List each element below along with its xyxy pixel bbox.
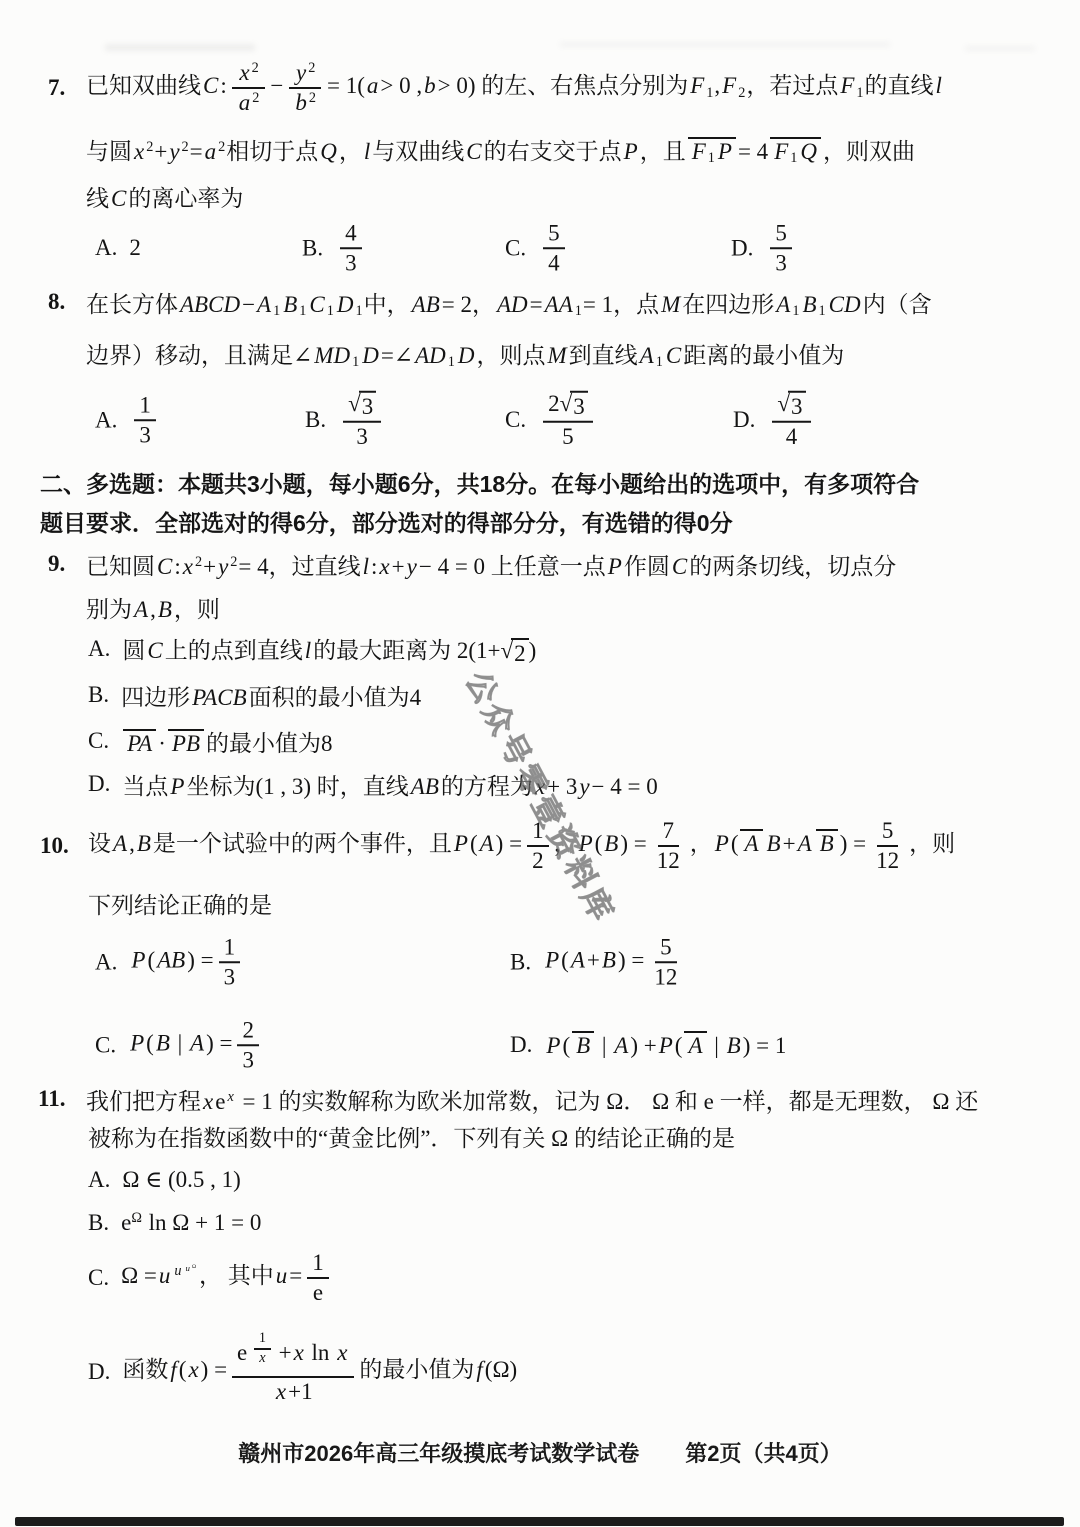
question-11-option-d: D. 函数f(x) =e1x+x ln xx+1的最小值为f(Ω) [0,1312,1080,1432]
option-label: A. [95,407,117,433]
question-10-line-2: 下列结论正确的是 [0,888,1080,918]
option-value: P(B | A) =23 [128,1017,264,1073]
question-7-option-c: C. 54 [505,220,570,276]
question-7-number: 7. [48,75,86,101]
option-value: 2√35 [538,391,598,450]
option-label: A. [95,235,117,261]
question-10-option-c: C. P(B | A) =23 [95,1017,264,1073]
question-7-line-3: 线C的离心率为 [0,172,1080,220]
option-label: C. [505,235,526,261]
page-footer: 赣州市2026年高三年级摸底考试数学试卷 第2页（共4页） [0,1432,1080,1472]
question-8-number: 8. [48,289,86,315]
option-label: B. [305,407,326,433]
option-label: B. [510,949,531,975]
question-10-options-row-2: C. P(B | A) =23 D. P(B | A) +P(A | B) = … [0,1006,1080,1084]
option-value: 函数f(x) =e1x+x ln xx+1的最小值为f(Ω) [122,1339,517,1405]
question-7-option-b: B. 43 [302,220,367,276]
option-label: D. [88,771,110,797]
question-9-text-1: 已知圆C:x2+y2= 4，过直线l:x+y− 4 = 0 上任意一点P作圆C的… [86,548,896,581]
question-8-option-a: A. 13 [95,392,161,448]
question-9-number: 9. [48,551,86,577]
option-value: 43 [335,220,367,276]
exam-page: 公众号零壹资料库 7. 已知双曲线C:x2a2−y2b2= 1(a> 0 ,b>… [0,0,1080,1527]
option-value: √34 [767,391,815,450]
question-11-text-1: 我们把方程xex = 1 的实数解称为欧米加常数，记为 Ω． Ω 和 e 一样，… [86,1083,978,1116]
scan-edge-bar [15,1517,1064,1526]
option-value: Ω ∈ (0.5 , 1) [122,1167,240,1193]
option-value: Ω =uuuΩ， 其中u=1e [121,1250,334,1306]
question-11-number: 11. [38,1086,86,1112]
option-value: 13 [129,392,161,448]
section-2-header-line-1: 二、多选题：本题共3小题，每小题6分，共18分。在每小题给出的选项中，有多项符合 [0,462,1080,502]
question-9-option-c: C. PA·PB的最小值为8 [0,718,1080,764]
option-label: C. [88,1265,109,1291]
option-value: P(B | A) +P(A | B) = 1 [544,1031,786,1059]
option-value: P(AB) =13 [129,934,245,990]
question-8-line-2: 边界）移动，且满足∠MD1D=∠AD1D，则点M到直线A1C距离的最小值为 [0,328,1080,378]
question-10-option-d: D. P(B | A) +P(A | B) = 1 [510,1031,786,1059]
option-value: 53 [765,220,797,276]
scan-artifact [965,46,1035,51]
option-label: D. [510,1032,532,1058]
question-7-option-d: D. 53 [731,220,797,276]
question-11-text-2: 被称为在指数函数中的“黄金比例”．下列有关 Ω 的结论正确的是 [88,1120,735,1153]
question-7-options: A. 2 B. 43 C. 54 D. 53 [0,220,1080,276]
question-10-option-a: A. P(AB) =13 [95,934,245,990]
question-9-text-2: 别为A,B，则 [86,591,220,624]
question-10-line-1: 10. 设A,B是一个试验中的两个事件，且P(A) =12，P(B) =712，… [0,804,1080,888]
question-9-line-2: 别为A,B，则 [0,588,1080,626]
question-11-option-b: B. eΩ ln Ω + 1 = 0 [0,1202,1080,1244]
question-11-line-2: 被称为在指数函数中的“黄金比例”．下列有关 Ω 的结论正确的是 [0,1114,1080,1158]
question-8-option-d: D. √34 [733,391,816,450]
question-11-option-a: A. Ω ∈ (0.5 , 1) [0,1158,1080,1202]
option-value: 圆C上的点到直线l的最大距离为 2(1+√2) [122,632,536,667]
question-7-option-a: A. 2 [95,235,141,261]
option-label: C. [505,407,526,433]
question-8-option-b: B. √33 [305,391,386,450]
question-8-text-1: 在长方体ABCD−A1B1C1D1中，AB= 2，AD=AA1= 1，点M在四边… [86,286,932,319]
option-label: C. [95,1032,116,1058]
option-value: PA·PB的最小值为8 [121,725,332,758]
option-label: D. [731,235,753,261]
footer-exam-title: 赣州市2026年高三年级摸底考试数学试卷 [238,1437,639,1468]
question-7-text-2: 与圆x2+y2=a2相切于点Q，l与双曲线C的右支交于点P，且F1P= 4F1Q… [86,133,915,166]
question-10-number: 10. [40,833,88,859]
question-10-text-2: 下列结论正确的是 [88,887,272,920]
option-value: 2 [129,235,141,261]
option-label: B. [88,1210,109,1236]
option-label: C. [88,728,109,754]
section-2-rules: 题目要求．全部选对的得6分，部分选对的得部分分，有选错的得0分 [40,505,733,538]
question-10-options-row-1: A. P(AB) =13 B. P(A+B) =512 [0,918,1080,1006]
question-7-text-3: 线C的离心率为 [86,180,243,213]
option-label: A. [88,636,110,662]
footer-page-number: 第2页（共4页） [685,1437,841,1468]
option-label: D. [733,407,755,433]
question-7-text-1: 已知双曲线C:x2a2−y2b2= 1(a> 0 ,b> 0) 的左、右焦点分别… [86,60,944,116]
option-value: √33 [338,391,386,450]
option-label: D. [88,1359,110,1385]
question-11-line-1: 11. 我们把方程xex = 1 的实数解称为欧米加常数，记为 Ω． Ω 和 e… [0,1084,1080,1114]
option-value: 54 [538,220,570,276]
question-8-text-2: 边界）移动，且满足∠MD1D=∠AD1D，则点M到直线A1C距离的最小值为 [86,337,844,370]
option-label: A. [95,949,117,975]
question-7-line-1: 7. 已知双曲线C:x2a2−y2b2= 1(a> 0 ,b> 0) 的左、右焦… [0,50,1080,126]
question-8-option-c: C. 2√35 [505,391,598,450]
question-9-option-d: D. 当点P坐标为(1 , 3) 时，直线AB的方程为x+ 3y− 4 = 0 [0,764,1080,804]
question-8-line-1: 8. 在长方体ABCD−A1B1C1D1中，AB= 2，AD=AA1= 1，点M… [0,276,1080,328]
option-label: B. [302,235,323,261]
question-11-option-c: C. Ω =uuuΩ， 其中u=1e [0,1244,1080,1312]
option-value: 四边形PACB面积的最小值为4 [121,679,421,712]
section-2-title: 二、多选题：本题共3小题，每小题6分，共18分。在每小题给出的选项中，有多项符合 [40,466,919,499]
option-value: P(A+B) =512 [543,934,687,990]
question-9-line-1: 9. 已知圆C:x2+y2= 4，过直线l:x+y− 4 = 0 上任意一点P作… [0,540,1080,588]
option-value: eΩ ln Ω + 1 = 0 [121,1210,261,1236]
section-2-header-line-2: 题目要求．全部选对的得6分，部分选对的得部分分，有选错的得0分 [0,502,1080,540]
scan-artifact [560,42,890,47]
question-9-option-a: A. 圆C上的点到直线l的最大距离为 2(1+√2) [0,626,1080,672]
option-label: A. [88,1167,110,1193]
question-10-option-b: B. P(A+B) =512 [510,934,687,990]
question-9-option-b: B. 四边形PACB面积的最小值为4 [0,672,1080,718]
question-7-line-2: 与圆x2+y2=a2相切于点Q，l与双曲线C的右支交于点P，且F1P= 4F1Q… [0,126,1080,172]
question-10-text-1: 设A,B是一个试验中的两个事件，且P(A) =12，P(B) =712，P(AB… [88,818,955,874]
option-value: 当点P坐标为(1 , 3) 时，直线AB的方程为x+ 3y− 4 = 0 [122,768,657,801]
question-8-options: A. 13 B. √33 C. 2√35 D. √34 [0,378,1080,462]
option-label: B. [88,682,109,708]
scan-artifact [105,44,255,51]
